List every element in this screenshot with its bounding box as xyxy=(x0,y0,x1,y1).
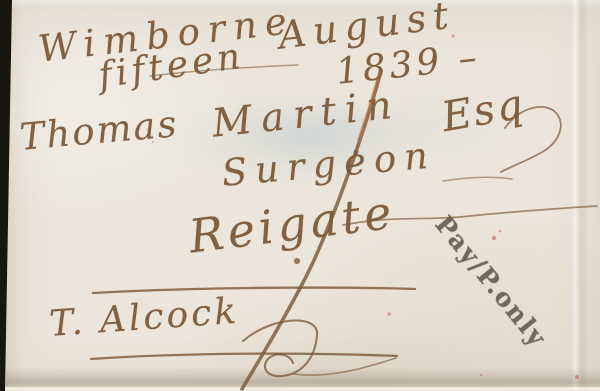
sender-signature: T. Alcock xyxy=(48,291,240,345)
recipient-honorific: Esq xyxy=(438,80,528,142)
bottom-edge-strip xyxy=(0,387,600,391)
pay-p-only-handstamp: Pay/P.only xyxy=(429,210,552,353)
fold-crease xyxy=(571,0,587,391)
letter-scan: Wimborne August fifteen 1839 – Thomas Ma… xyxy=(0,0,600,391)
bottom-edge-shadow xyxy=(0,368,600,388)
letter-paper: Wimborne August fifteen 1839 – Thomas Ma… xyxy=(0,0,600,391)
recipient-first-name: Thomas xyxy=(18,102,180,159)
recipient-town: Reigate xyxy=(186,185,398,264)
